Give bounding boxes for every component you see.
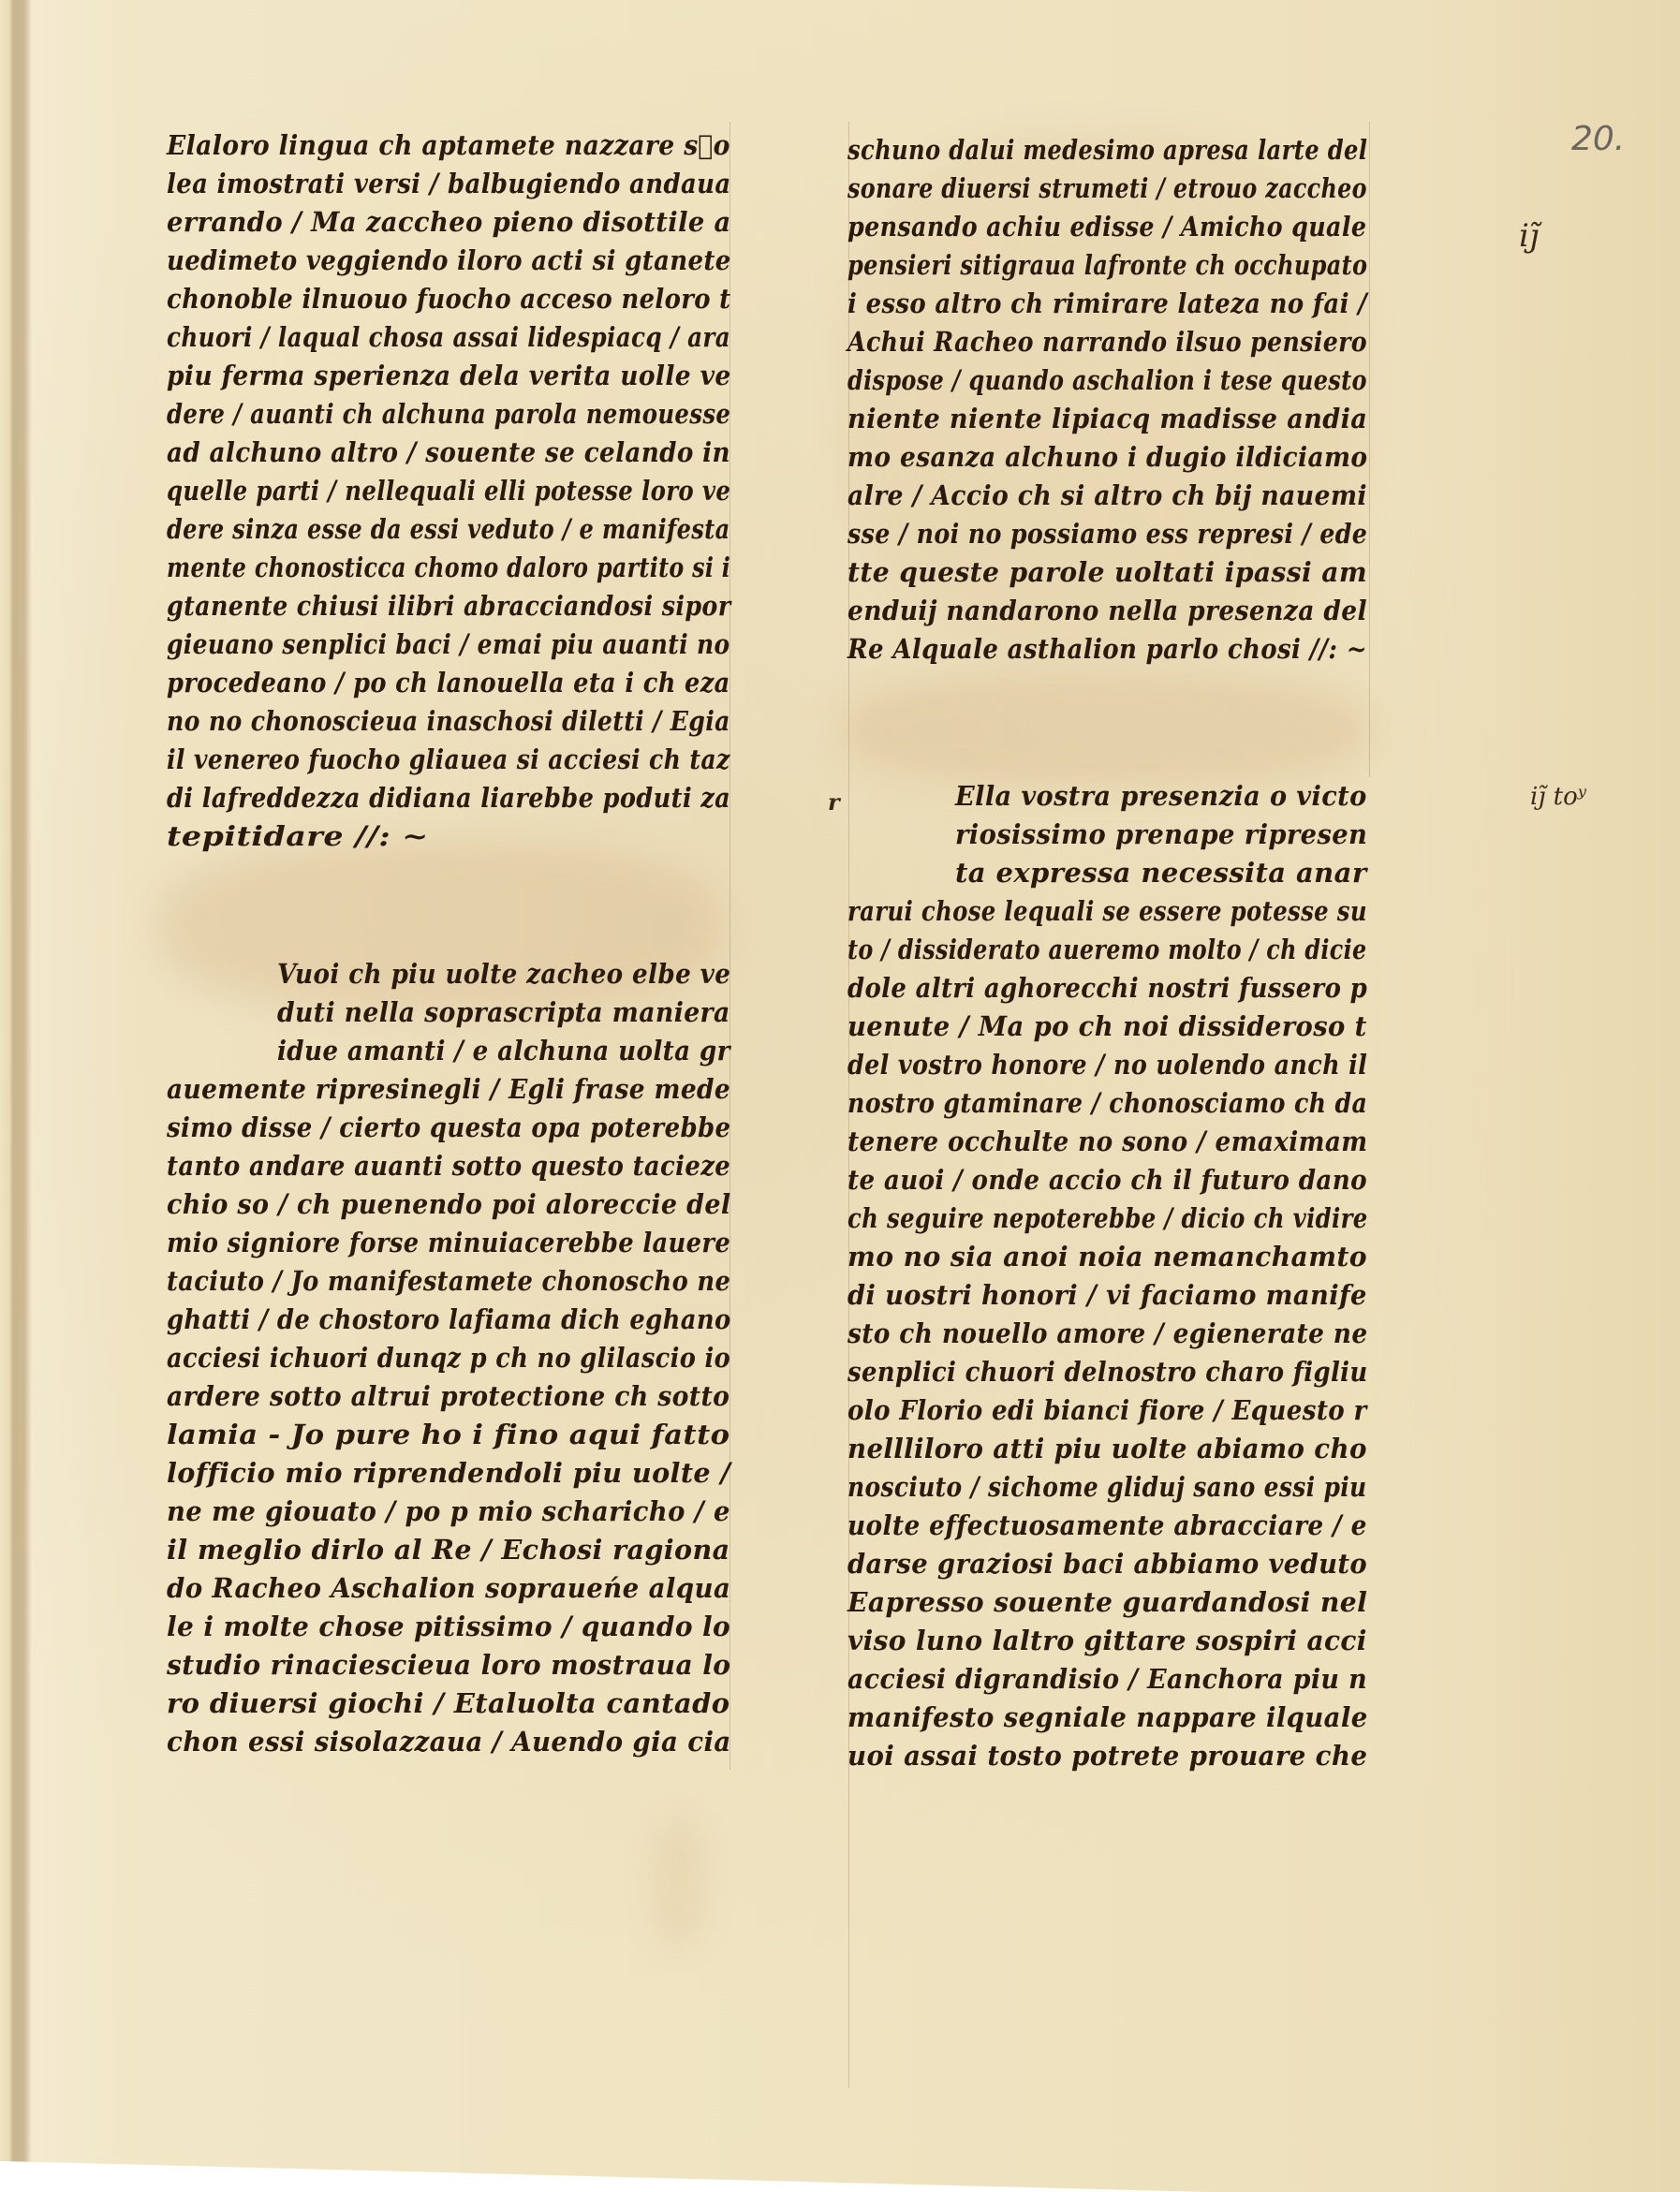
text-line: i esso altro ch rimirare lateza no fai / — [847, 287, 1367, 320]
ruling-line-right-col-right — [1369, 122, 1370, 777]
text-line: di uostri honori / vi faciamo manife — [847, 1278, 1367, 1312]
text-line: nosciuto / sichome gliduj sano essi piu — [847, 1470, 1367, 1504]
text-line: darse graziosi baci abbiamo veduto — [847, 1547, 1367, 1581]
text-line: viso luno laltro gittare sospiri acci — [847, 1624, 1367, 1657]
text-line: le i molte chose pitissimo / quando lo — [167, 1610, 730, 1643]
text-line: gtanente chiusi ilibri abracciandosi sip… — [167, 589, 730, 623]
text-line: do Racheo Aschalion sopraueńe alqua — [167, 1571, 730, 1605]
stain-right-mid — [843, 674, 1367, 787]
text-line: dere / auanti ch alchuna parola nemouess… — [167, 397, 730, 431]
text-line: sonare diuersi strumeti / etrouo zaccheo — [847, 171, 1367, 205]
text-line: dole altri aghorecchi nostri fussero p — [847, 971, 1367, 1005]
text-line: Re Alquale asthalion parlo chosi //: ~ — [847, 632, 1367, 666]
text-line: errando / Ma zaccheo pieno disottile a — [167, 205, 731, 239]
text-line: duti nella soprascripta maniera — [277, 995, 730, 1029]
text-line: nostro gtaminare / chonosciamo ch da — [847, 1086, 1367, 1120]
text-line: manifesto segniale nappare ilquale — [847, 1700, 1368, 1734]
text-line: lea imostrati versi / balbugiendo andaua — [167, 167, 731, 200]
text-line: sse / noi no possiamo ess represi / ede — [847, 517, 1367, 551]
text-line: di lafreddezza didiana liarebbe poduti z… — [167, 781, 730, 815]
text-line: Elaloro lingua ch aptamete nazzare sᷛo — [167, 128, 730, 162]
text-line: idue amanti / e alchuna uolta gr — [277, 1034, 730, 1067]
text-line: te auoi / onde accio ch il futuro dano — [847, 1163, 1367, 1197]
text-line: tepitidare //: ~ — [167, 819, 429, 853]
text-line: auemente ripresinegli / Egli frase mede — [167, 1072, 730, 1106]
text-line: acciesi ichuori dunqz p ch no glilascio … — [167, 1341, 730, 1375]
text-line: ne me giouato / po p mio scharicho / e — [167, 1494, 730, 1528]
text-line: Vuoi ch piu uolte zacheo elbe ve — [277, 957, 730, 991]
text-line: no no chonoscieua inaschosi diletti / Eg… — [167, 704, 730, 738]
text-line: riosissimo prenape ripresen — [955, 817, 1367, 851]
text-line: simo disse / cierto questa opa poterebbe — [167, 1111, 730, 1144]
margin-note-top-right: ij̃ — [1519, 217, 1539, 255]
text-line: rarui chose lequali se essere potesse su — [847, 894, 1367, 928]
text-line: ta expressa necessita anar — [955, 856, 1367, 890]
text-line: uolte effectuosamente abracciare / e — [847, 1508, 1367, 1542]
text-line: olo Florio edi bianci fiore / Equesto r — [847, 1393, 1367, 1427]
text-line: sto ch nouello amore / egienerate ne — [847, 1317, 1368, 1350]
text-line: Achui Racheo narrando ilsuo pensiero — [847, 325, 1367, 359]
text-line: chon essi sisolazzaua / Auendo gia cia — [167, 1725, 731, 1758]
text-line: chuori / laqual chosa assai lidespiacq /… — [167, 320, 730, 354]
text-line: ch seguire nepoterebbe / dicio ch vidire — [847, 1201, 1368, 1235]
text-line: pensando achiu edisse / Amicho quale — [847, 210, 1366, 243]
text-line: alre / Accio ch si altro ch bij nauemi — [847, 478, 1367, 512]
text-line: acciesi digrandisio / Eanchora piu n — [847, 1662, 1367, 1696]
text-line: senplici chuori delnostro charo figliu — [847, 1355, 1368, 1389]
text-line: piu ferma sperienza dela verita uolle ve — [167, 359, 731, 392]
text-line: Eapresso souente guardandosi nel — [847, 1585, 1367, 1619]
paragraph-marker: r — [828, 788, 840, 816]
text-line: gieuano senplici baci / emai piu auanti … — [167, 627, 730, 661]
text-line: mo no sia anoi noia nemanchamto — [847, 1240, 1367, 1273]
text-line: il meglio dirlo al Re / Echosi ragiona — [167, 1533, 730, 1567]
stain-bottom-smudge — [656, 1817, 702, 1948]
text-line: pensieri sitigraua lafronte ch occhupato — [847, 248, 1367, 282]
text-line: lamia - Jo pure ho i fino aqui fatto — [167, 1418, 729, 1451]
margin-note-middle-right: ij̃ toʸ — [1530, 783, 1586, 811]
text-line: mo esanza alchuno i dugio ildiciamo — [847, 440, 1367, 474]
text-line: schuno dalui medesimo apresa larte del — [847, 133, 1367, 167]
text-line: ro diuersi giochi / Etaluolta cantado — [167, 1686, 729, 1720]
text-line: to / dissiderato aueremo molto / ch dici… — [847, 933, 1366, 966]
text-line: mente chonosticca chomo daloro partito s… — [167, 551, 730, 584]
text-line: Ella vostra presenzia o victo — [955, 779, 1367, 813]
folio-number: 20. — [1571, 120, 1625, 158]
text-line: dere sinza esse da essi veduto / e manif… — [167, 512, 730, 546]
text-line: niente niente lipiacq madisse andia — [847, 402, 1367, 435]
text-line: chio so / ch puenendo poi aloreccie del — [167, 1187, 730, 1221]
text-line: tte queste parole uoltati ipassi am — [847, 555, 1367, 589]
text-line: taciuto / Jo manifestamete chonoscho ne — [167, 1264, 730, 1298]
text-line: chonoble ilnuouo fuocho acceso neloro t — [167, 282, 730, 316]
text-line: quelle parti / nellequali elli potesse l… — [167, 474, 730, 508]
text-line: procedeano / po ch lanouella eta i ch ez… — [167, 666, 730, 699]
text-line: mio signiore forse minuiacerebbe lauere — [167, 1226, 730, 1259]
text-line: uedimeto veggiendo iloro acti si gtanete — [167, 243, 731, 277]
manuscript-page: 20. ij̃ ij̃ toʸ r Elaloro lingua ch apta… — [0, 0, 1680, 2192]
text-line: ardere sotto altrui protectione ch sotto — [167, 1379, 729, 1413]
text-line: lofficio mio riprendendoli piu uolte / — [167, 1456, 730, 1490]
text-line: tanto andare auanti sotto questo tacieze — [167, 1149, 730, 1183]
text-line: nellliloro atti piu uolte abiamo cho — [847, 1432, 1367, 1465]
text-line: enduij nandarono nella presenza del — [847, 594, 1367, 627]
text-line: uenute / Ma po ch noi dissideroso t — [847, 1009, 1367, 1043]
text-line: tenere occhulte no sono / emaximam — [847, 1125, 1367, 1158]
text-line: studio rinaciescieua loro mostraua lo — [167, 1648, 730, 1682]
text-line: ghatti / de chostoro lafiama dich eghano — [167, 1302, 731, 1336]
text-line: il venereo fuocho gliauea si acciesi ch … — [167, 743, 730, 776]
text-line: dispose / quando aschalion i tese questo — [847, 363, 1367, 397]
text-line: uoi assai tosto potrete prouare che — [847, 1739, 1367, 1773]
text-line: del vostro honore / no uolendo anch il — [847, 1048, 1367, 1081]
text-line: ad alchuno altro / souente se celando in — [167, 435, 730, 469]
